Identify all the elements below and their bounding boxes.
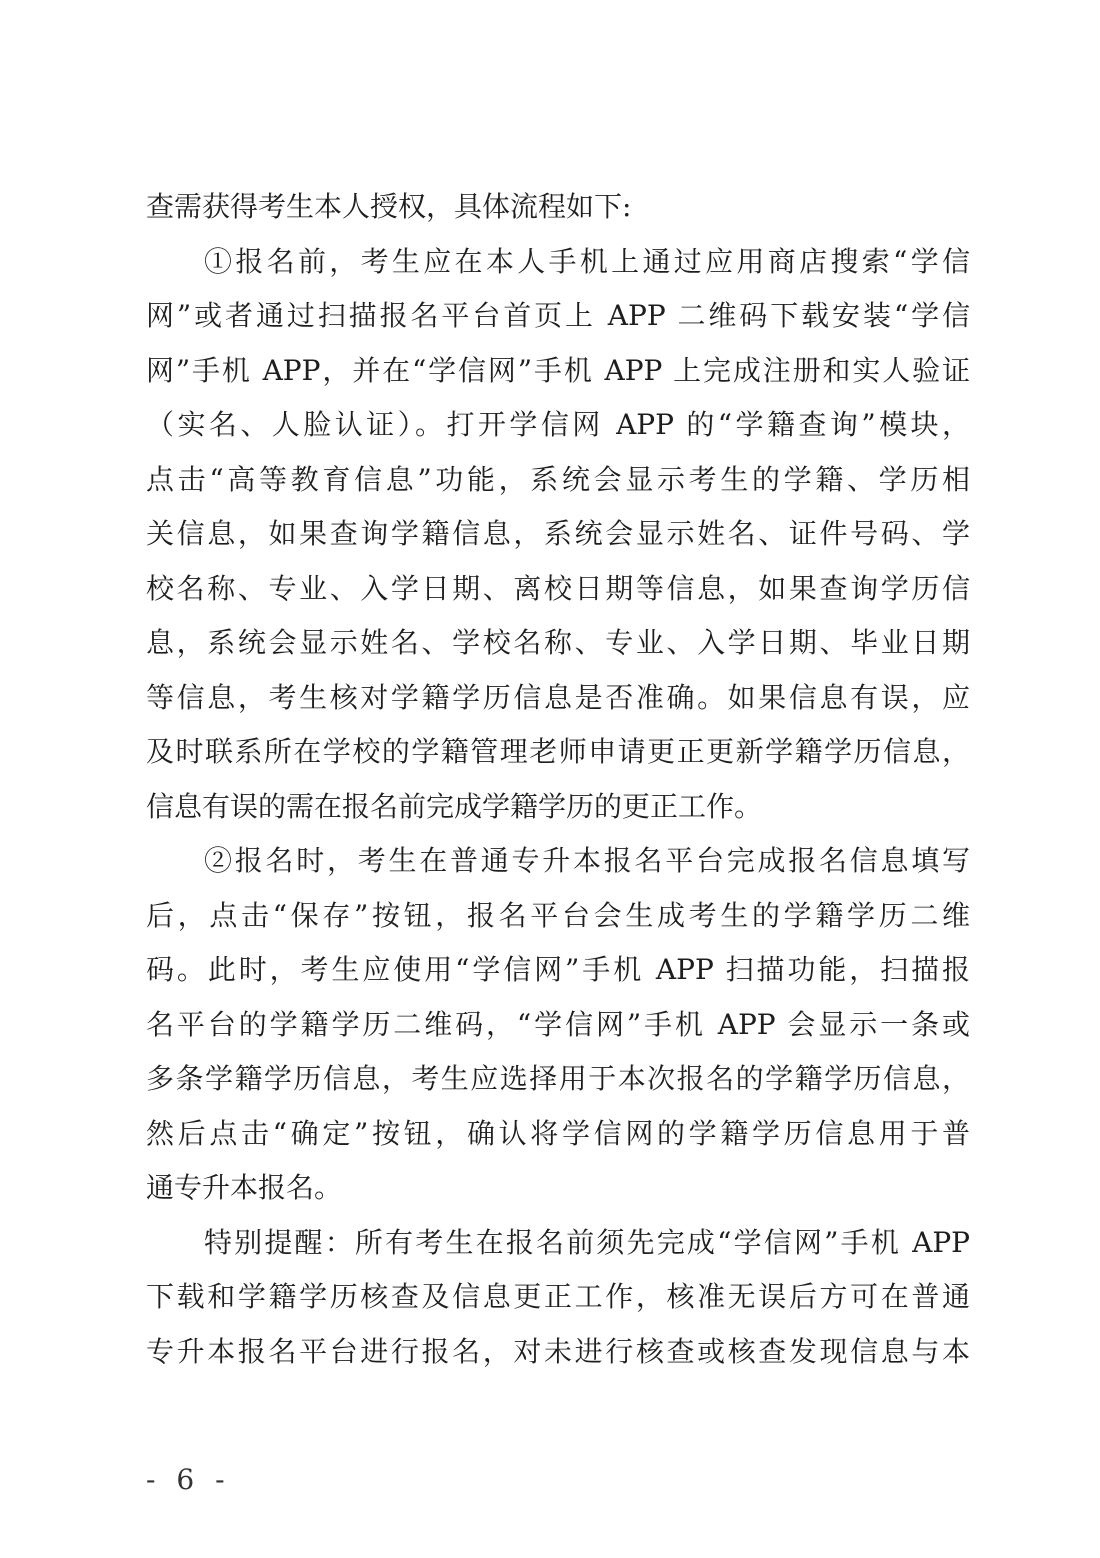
text-line: 网”或者通过扫描报名平台首页上 APP 二维码下载安装“学信	[146, 289, 970, 344]
text-line: 校名称、专业、入学日期、离校日期等信息，如果查询学历信	[146, 562, 970, 617]
text-line: 及时联系所在学校的学籍管理老师申请更正更新学籍学历信息，	[146, 725, 970, 780]
text-line: 点击“高等教育信息”功能，系统会显示考生的学籍、学历相	[146, 453, 970, 508]
text-line: 下载和学籍学历核查及信息更正工作，核准无误后方可在普通	[146, 1270, 970, 1325]
document-page: 查需获得考生本人授权，具体流程如下: ①报名前，考生应在本人手机上通过应用商店搜…	[0, 0, 1100, 1558]
text-line-step-1: ①报名前，考生应在本人手机上通过应用商店搜索“学信	[146, 235, 970, 290]
text-line: 息，系统会显示姓名、学校名称、专业、入学日期、毕业日期	[146, 616, 970, 671]
text-line: 信息有误的需在报名前完成学籍学历的更正工作。	[146, 780, 970, 835]
page-number: - 6 -	[146, 1460, 231, 1500]
text-line: 通专升本报名。	[146, 1161, 970, 1216]
text-line: 多条学籍学历信息，考生应选择用于本次报名的学籍学历信息，	[146, 1052, 970, 1107]
text-line: 网”手机 APP，并在“学信网”手机 APP 上完成注册和实人验证	[146, 344, 970, 399]
text-line: （实名、人脸认证）。打开学信网 APP 的“学籍查询”模块，	[146, 398, 970, 453]
body-text: 查需获得考生本人授权，具体流程如下: ①报名前，考生应在本人手机上通过应用商店搜…	[146, 180, 970, 1379]
text-line: 关信息，如果查询学籍信息，系统会显示姓名、证件号码、学	[146, 507, 970, 562]
text-line-step-2: ②报名时，考生在普通专升本报名平台完成报名信息填写	[146, 834, 970, 889]
text-line: 码。此时，考生应使用“学信网”手机 APP 扫描功能，扫描报	[146, 943, 970, 998]
text-line: 后，点击“保存”按钮，报名平台会生成考生的学籍学历二维	[146, 889, 970, 944]
text-line: 名平台的学籍学历二维码，“学信网”手机 APP 会显示一条或	[146, 998, 970, 1053]
text-line: 然后点击“确定”按钮，确认将学信网的学籍学历信息用于普	[146, 1107, 970, 1162]
text-line: 专升本报名平台进行报名，对未进行核查或核查发现信息与本	[146, 1325, 970, 1380]
text-line-special-reminder: 特别提醒：所有考生在报名前须先完成“学信网”手机 APP	[146, 1216, 970, 1271]
text-line: 等信息，考生核对学籍学历信息是否准确。如果信息有误，应	[146, 671, 970, 726]
text-line: 查需获得考生本人授权，具体流程如下:	[146, 180, 970, 235]
